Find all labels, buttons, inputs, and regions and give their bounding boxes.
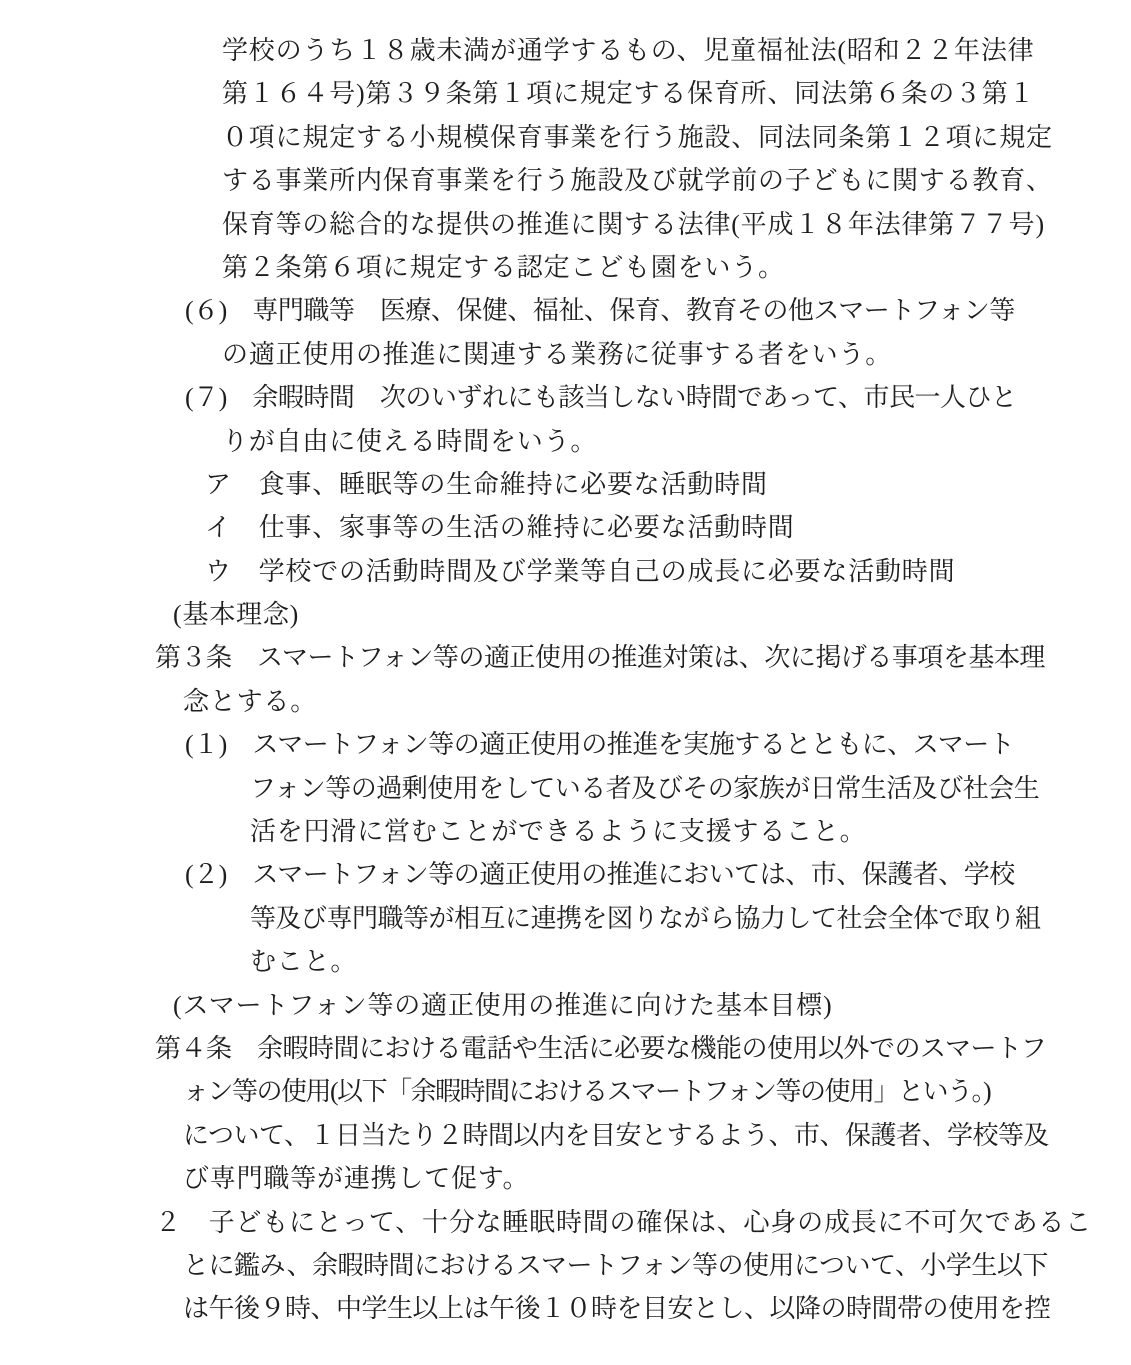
ordinance-text-block: 学校のうち１８歳未満が通学するもの、児童福祉法(昭和２２年法律 第１６４号)第３…: [155, 29, 1115, 1331]
document-line: 活を円滑に営むことができるように支援すること。: [250, 810, 1115, 853]
document-line: りが自由に使える時間をいう。: [222, 420, 1115, 463]
document-line-article-4: 第４条 余暇時間における電話や生活に必要な機能の使用以外でのスマートフ: [155, 1027, 1115, 1070]
document-line: ０項に規定する小規模保育事業を行う施設、同法同条第１２項に規定: [222, 116, 1115, 159]
document-line-paragraph-2: ２ 子どもにとって、十分な睡眠時間の確保は、心身の成長に不可欠であるこ: [155, 1201, 1115, 1244]
document-line-item-7: (７) 余暇時間 次のいずれにも該当しない時間であって、市民一人ひと: [185, 376, 1115, 419]
document-line: 第２条第６項に規定する認定こども園をいう。: [222, 246, 1115, 289]
document-line: する事業所内保育事業を行う施設及び就学前の子どもに関する教育、: [222, 159, 1115, 202]
document-line: むこと。: [250, 940, 1115, 983]
document-line: とに鑑み、余暇時間におけるスマートフォン等の使用について、小学生以下: [183, 1244, 1115, 1287]
document-line: ォン等の使用(以下「余暇時間におけるスマートフォン等の使用」という。): [183, 1070, 1115, 1113]
document-line: の適正使用の推進に関連する業務に従事する者をいう。: [222, 333, 1115, 376]
document-line-sub-u: ウ 学校での活動時間及び学業等自己の成長に必要な活動時間: [205, 550, 1115, 593]
document-line: 学校のうち１８歳未満が通学するもの、児童福祉法(昭和２２年法律: [222, 29, 1115, 72]
document-line-sub-a: ア 食事、睡眠等の生命維持に必要な活動時間: [205, 463, 1115, 506]
document-line-article-3: 第３条 スマートフォン等の適正使用の推進対策は、次に掲げる事項を基本理: [155, 636, 1115, 679]
section-heading-basic-goals: (スマートフォン等の適正使用の推進に向けた基本目標): [173, 984, 1115, 1027]
document-line: について、１日当たり２時間以内を目安とするよう、市、保護者、学校等及: [183, 1114, 1115, 1157]
document-line-item-6: (６) 専門職等 医療、保健、福祉、保育、教育その他スマートフォン等: [185, 289, 1115, 332]
document-line: 念とする。: [183, 680, 1115, 723]
document-line-item-2: (２) スマートフォン等の適正使用の推進においては、市、保護者、学校: [185, 853, 1115, 896]
document-line: び専門職等が連携して促す。: [183, 1157, 1115, 1200]
document-line: 第１６４号)第３９条第１項に規定する保育所、同法第６条の３第１: [222, 72, 1115, 115]
document-line: フォン等の過剰使用をしている者及びその家族が日常生活及び社会生: [250, 767, 1115, 810]
document-line: 保育等の総合的な提供の推進に関する法律(平成１８年法律第７７号): [222, 203, 1115, 246]
document-page: 学校のうち１８歳未満が通学するもの、児童福祉法(昭和２２年法律 第１６４号)第３…: [0, 0, 1131, 1365]
section-heading-basic-principles: (基本理念): [173, 593, 1115, 636]
document-line: は午後９時、中学生以上は午後１０時を目安とし、以降の時間帯の使用を控: [183, 1287, 1115, 1330]
document-line: 等及び専門職等が相互に連携を図りながら協力して社会全体で取り組: [250, 897, 1115, 940]
document-line-sub-i: イ 仕事、家事等の生活の維持に必要な活動時間: [205, 506, 1115, 549]
document-line-item-1: (１) スマートフォン等の適正使用の推進を実施するとともに、スマート: [185, 723, 1115, 766]
